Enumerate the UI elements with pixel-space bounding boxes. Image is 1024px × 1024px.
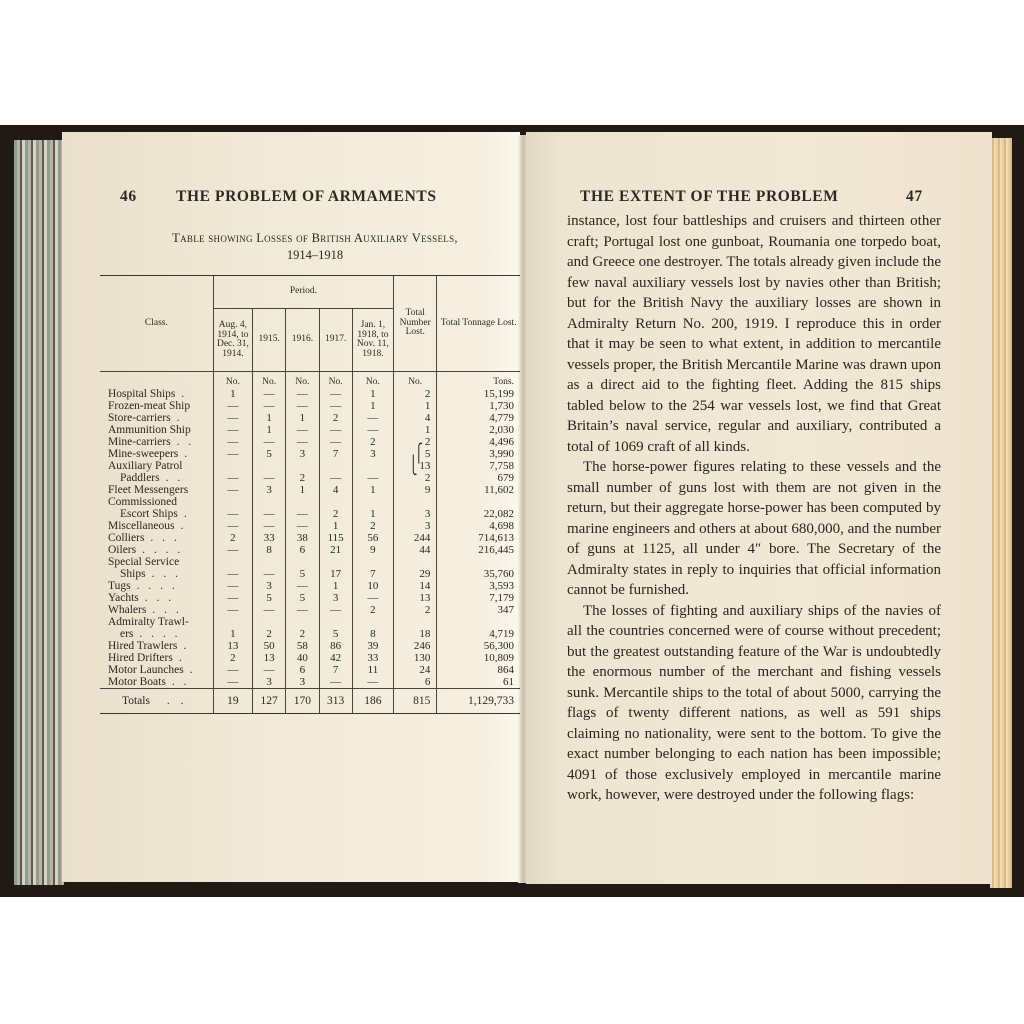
row-p2: — xyxy=(253,400,286,412)
row-class: Store-carriers. xyxy=(100,412,213,424)
row-p3 xyxy=(286,460,319,472)
row-p2: 3 xyxy=(253,580,286,592)
right-page-body: instance, lost four battleships and crui… xyxy=(567,211,941,806)
row-total-tonnage: 22,082 xyxy=(437,508,520,520)
table-row: Hired Drifters.21340423313010,809 xyxy=(100,652,520,664)
row-total-number: 4 xyxy=(394,412,437,424)
row-total-tonnage xyxy=(437,616,520,628)
row-class: Paddlers. . xyxy=(100,472,213,484)
page-edges-left xyxy=(14,140,64,885)
row-class: Fleet Messengers xyxy=(100,484,213,496)
row-p3: 58 xyxy=(286,640,319,652)
row-class: Hospital Ships. xyxy=(100,388,213,400)
totals-p1: 19 xyxy=(213,689,252,714)
paragraph-2: The horse-power figures relating to thes… xyxy=(567,457,941,601)
row-p2: — xyxy=(253,436,286,448)
row-p3: — xyxy=(286,508,319,520)
row-total-tonnage: 3,990 xyxy=(437,448,520,460)
row-total-number: 1 xyxy=(394,424,437,436)
row-p2: — xyxy=(253,508,286,520)
row-total-tonnage: 4,779 xyxy=(437,412,520,424)
unit-no: No. xyxy=(394,372,437,389)
row-p3: 6 xyxy=(286,664,319,676)
row-p1: 13 xyxy=(213,640,252,652)
row-p5: 10 xyxy=(352,580,393,592)
row-total-tonnage: 35,760 xyxy=(437,568,520,580)
row-total-number: 29 xyxy=(394,568,437,580)
row-p4: — xyxy=(319,388,352,400)
table-row: Hired Trawlers.135058863924656,300 xyxy=(100,640,520,652)
row-p5: 2 xyxy=(352,520,393,532)
row-total-tonnage xyxy=(437,556,520,568)
row-total-tonnage: 15,199 xyxy=(437,388,520,400)
row-p4: 17 xyxy=(319,568,352,580)
table-row: Fleet Messengers—3141911,602 xyxy=(100,484,520,496)
row-p4 xyxy=(319,616,352,628)
row-p2: — xyxy=(253,520,286,532)
row-p4 xyxy=(319,556,352,568)
row-p5: 8 xyxy=(352,628,393,640)
row-p2: — xyxy=(253,388,286,400)
table-row: Auxiliary Patrol⎩137,758 xyxy=(100,460,520,472)
row-p2: 50 xyxy=(253,640,286,652)
table-row: Mine-sweepers.—5373⎧53,990 xyxy=(100,448,520,460)
row-p4: 5 xyxy=(319,628,352,640)
row-p5: — xyxy=(352,592,393,604)
unit-no: No. xyxy=(213,372,252,389)
header-period-1915: 1915. xyxy=(253,309,286,372)
unit-no: No. xyxy=(253,372,286,389)
row-p3: 2 xyxy=(286,628,319,640)
row-p4 xyxy=(319,496,352,508)
row-p1: — xyxy=(213,508,252,520)
row-class: Escort Ships. xyxy=(100,508,213,520)
row-total-tonnage: 56,300 xyxy=(437,640,520,652)
row-p3 xyxy=(286,496,319,508)
table-row: Escort Ships.———21322,082 xyxy=(100,508,520,520)
row-total-number: 3 xyxy=(394,520,437,532)
row-total-tonnage: 3,593 xyxy=(437,580,520,592)
row-total-number: 246 xyxy=(394,640,437,652)
row-p4: 7 xyxy=(319,448,352,460)
row-p4: 4 xyxy=(319,484,352,496)
totals-p2: 127 xyxy=(253,689,286,714)
table-row: Hospital Ships.1———1215,199 xyxy=(100,388,520,400)
row-p5: 1 xyxy=(352,400,393,412)
row-p5 xyxy=(352,460,393,472)
table-row: Ships. . .——51772935,760 xyxy=(100,568,520,580)
row-p4: 42 xyxy=(319,652,352,664)
row-p2 xyxy=(253,556,286,568)
unit-no: No. xyxy=(352,372,393,389)
row-p1 xyxy=(213,496,252,508)
row-p3: — xyxy=(286,580,319,592)
row-p2: 2 xyxy=(253,628,286,640)
row-p3: — xyxy=(286,400,319,412)
row-p2: 13 xyxy=(253,652,286,664)
unit-tons: Tons. xyxy=(437,372,520,389)
header-period-1916: 1916. xyxy=(286,309,319,372)
row-class: Auxiliary Patrol xyxy=(100,460,213,472)
row-total-tonnage: 347 xyxy=(437,604,520,616)
row-p5: 1 xyxy=(352,484,393,496)
table-caption-years: 1914–1918 xyxy=(110,247,520,264)
row-p1: — xyxy=(213,400,252,412)
row-class: Special Service xyxy=(100,556,213,568)
row-p1: — xyxy=(213,472,252,484)
table-row: Whalers. . .————22347 xyxy=(100,604,520,616)
row-p5: — xyxy=(352,676,393,689)
paragraph-3: The losses of fighting and auxiliary shi… xyxy=(567,601,941,806)
row-p4: 3 xyxy=(319,592,352,604)
header-period-1918: Jan. 1, 1918, to Nov. 11, 1918. xyxy=(352,309,393,372)
row-class: Commissioned xyxy=(100,496,213,508)
row-p2: — xyxy=(253,604,286,616)
table-row: Commissioned xyxy=(100,496,520,508)
row-p1: — xyxy=(213,484,252,496)
header-period-1914: Aug. 4, 1914, to Dec. 31, 1914. xyxy=(213,309,252,372)
row-p3: 6 xyxy=(286,544,319,556)
row-p4: 1 xyxy=(319,520,352,532)
row-p3: 5 xyxy=(286,568,319,580)
row-total-tonnage: 4,496 xyxy=(437,436,520,448)
row-p2: 5 xyxy=(253,448,286,460)
row-total-tonnage: 714,613 xyxy=(437,532,520,544)
row-p1: — xyxy=(213,448,252,460)
row-p2 xyxy=(253,496,286,508)
row-p1: — xyxy=(213,436,252,448)
row-class: Tugs. . . . xyxy=(100,580,213,592)
row-class: Hired Trawlers. xyxy=(100,640,213,652)
table-row: Colliers. . .2333811556244714,613 xyxy=(100,532,520,544)
row-total-tonnage: 864 xyxy=(437,664,520,676)
row-class: Frozen-meat Ship xyxy=(100,400,213,412)
row-p5: 2 xyxy=(352,604,393,616)
row-p4: — xyxy=(319,436,352,448)
row-p4: 1 xyxy=(319,580,352,592)
row-total-tonnage: 4,698 xyxy=(437,520,520,532)
row-p1: — xyxy=(213,676,252,689)
row-p3 xyxy=(286,556,319,568)
row-total-number: 18 xyxy=(394,628,437,640)
row-p3: — xyxy=(286,388,319,400)
row-p4: 2 xyxy=(319,508,352,520)
row-p1: — xyxy=(213,604,252,616)
row-p4: — xyxy=(319,604,352,616)
row-class: Mine-carriers. . xyxy=(100,436,213,448)
header-period: Period. xyxy=(213,276,393,309)
row-p5: 1 xyxy=(352,508,393,520)
row-p1: — xyxy=(213,568,252,580)
row-p5: 11 xyxy=(352,664,393,676)
row-p5: 39 xyxy=(352,640,393,652)
totals-p4: 313 xyxy=(319,689,352,714)
right-page-number: 47 xyxy=(906,188,923,206)
row-p1: — xyxy=(213,664,252,676)
page-edges-right xyxy=(990,138,1012,888)
table-row: Miscellaneous.———1234,698 xyxy=(100,520,520,532)
row-class: Oilers. . . . xyxy=(100,544,213,556)
row-class: Whalers. . . xyxy=(100,604,213,616)
row-p2: 3 xyxy=(253,484,286,496)
row-p1: — xyxy=(213,580,252,592)
row-total-number xyxy=(394,496,437,508)
left-page-title: THE PROBLEM OF ARMAMENTS xyxy=(176,188,437,206)
row-class: Miscellaneous. xyxy=(100,520,213,532)
row-p4: — xyxy=(319,676,352,689)
row-p3: — xyxy=(286,604,319,616)
row-p4: 7 xyxy=(319,664,352,676)
row-p4: — xyxy=(319,472,352,484)
row-total-number: 24 xyxy=(394,664,437,676)
row-p2: 5 xyxy=(253,592,286,604)
row-p5: 7 xyxy=(352,568,393,580)
row-total-number xyxy=(394,556,437,568)
row-p3: 40 xyxy=(286,652,319,664)
row-class: Ammunition Ship xyxy=(100,424,213,436)
row-total-tonnage: 7,758 xyxy=(437,460,520,472)
row-total-tonnage: 11,602 xyxy=(437,484,520,496)
row-total-tonnage: 7,179 xyxy=(437,592,520,604)
row-total-tonnage: 679 xyxy=(437,472,520,484)
row-total-tonnage: 216,445 xyxy=(437,544,520,556)
row-p3: 2 xyxy=(286,472,319,484)
row-total-tonnage: 2,030 xyxy=(437,424,520,436)
row-p3: — xyxy=(286,436,319,448)
row-total-number: 14 xyxy=(394,580,437,592)
row-total-tonnage xyxy=(437,496,520,508)
row-total-number: 44 xyxy=(394,544,437,556)
table-row: Special Service xyxy=(100,556,520,568)
row-p1 xyxy=(213,616,252,628)
right-page-title: THE EXTENT OF THE PROBLEM xyxy=(580,188,838,206)
row-class: Yachts. . . xyxy=(100,592,213,604)
row-p5: — xyxy=(352,472,393,484)
brace-icon: ⎩ xyxy=(409,456,417,475)
row-p1: — xyxy=(213,520,252,532)
totals-number: 815 xyxy=(394,689,437,714)
row-p3: 3 xyxy=(286,676,319,689)
row-p1: 1 xyxy=(213,628,252,640)
table-caption: Table showing Losses of British Auxiliar… xyxy=(110,230,520,264)
row-class: Colliers. . . xyxy=(100,532,213,544)
row-total-number: 1 xyxy=(394,400,437,412)
header-total-number: Total Number Lost. xyxy=(394,276,437,372)
row-class: Admiralty Trawl- xyxy=(100,616,213,628)
row-p2: — xyxy=(253,472,286,484)
row-total-number: 2 xyxy=(394,604,437,616)
row-p3: 3 xyxy=(286,448,319,460)
row-class: Mine-sweepers. xyxy=(100,448,213,460)
table-row: Frozen-meat Ship————111,730 xyxy=(100,400,520,412)
row-p1: 2 xyxy=(213,652,252,664)
row-total-number: 2 xyxy=(394,388,437,400)
row-p2: — xyxy=(253,568,286,580)
row-class: Motor Boats. . xyxy=(100,676,213,689)
row-p5: — xyxy=(352,412,393,424)
unit-no: No. xyxy=(286,372,319,389)
row-p5: 3 xyxy=(352,448,393,460)
totals-p3: 170 xyxy=(286,689,319,714)
table-caption-title: Table showing Losses of British Auxiliar… xyxy=(110,230,520,247)
row-p4 xyxy=(319,460,352,472)
row-total-number xyxy=(394,616,437,628)
row-p5 xyxy=(352,556,393,568)
row-p5 xyxy=(352,616,393,628)
totals-tonnage: 1,129,733 xyxy=(437,689,520,714)
row-p3: — xyxy=(286,424,319,436)
row-p2 xyxy=(253,460,286,472)
row-p2: — xyxy=(253,664,286,676)
row-p1: 1 xyxy=(213,388,252,400)
row-total-number: 9 xyxy=(394,484,437,496)
row-p5: 9 xyxy=(352,544,393,556)
row-class: Motor Launches. xyxy=(100,664,213,676)
row-p4: — xyxy=(319,400,352,412)
header-total-tonnage: Total Tonnage Lost. xyxy=(437,276,520,372)
row-total-tonnage: 1,730 xyxy=(437,400,520,412)
row-p4: 2 xyxy=(319,412,352,424)
row-p2 xyxy=(253,616,286,628)
row-total-number: 244 xyxy=(394,532,437,544)
header-period-1917: 1917. xyxy=(319,309,352,372)
row-p1: — xyxy=(213,424,252,436)
table-row: Motor Boats. .—33——661 xyxy=(100,676,520,689)
table-row: Admiralty Trawl- xyxy=(100,616,520,628)
row-p4: — xyxy=(319,424,352,436)
totals-label: Totals . . xyxy=(100,689,213,714)
row-p3: — xyxy=(286,520,319,532)
row-p2: 1 xyxy=(253,424,286,436)
row-p3: 5 xyxy=(286,592,319,604)
row-p5 xyxy=(352,496,393,508)
units-row: No. No. No. No. No. No. Tons. xyxy=(100,372,520,389)
unit-no: No. xyxy=(319,372,352,389)
row-total-tonnage: 61 xyxy=(437,676,520,689)
table-row: Oilers. . . .—8621944216,445 xyxy=(100,544,520,556)
row-p5: 56 xyxy=(352,532,393,544)
table-row: Store-carriers.—112—44,779 xyxy=(100,412,520,424)
row-total-tonnage: 10,809 xyxy=(437,652,520,664)
table-row: Yachts. . .—553—137,179 xyxy=(100,592,520,604)
row-p1: 2 xyxy=(213,532,252,544)
table-row: Mine-carriers. .————224,496 xyxy=(100,436,520,448)
row-p3: 1 xyxy=(286,412,319,424)
row-p1: — xyxy=(213,544,252,556)
totals-p5: 186 xyxy=(352,689,393,714)
row-total-number: 3 xyxy=(394,508,437,520)
row-total-number: 6 xyxy=(394,676,437,689)
row-p2: 8 xyxy=(253,544,286,556)
totals-row: Totals . . 19 127 170 313 186 815 1,129,… xyxy=(100,689,520,714)
row-class: Hired Drifters. xyxy=(100,652,213,664)
row-total-number: 13 xyxy=(394,592,437,604)
table-row: Ammunition Ship—1———12,030 xyxy=(100,424,520,436)
row-class: ers. . . . xyxy=(100,628,213,640)
row-p1: — xyxy=(213,592,252,604)
row-p4: 21 xyxy=(319,544,352,556)
header-class: Class. xyxy=(100,276,213,372)
row-p4: 115 xyxy=(319,532,352,544)
losses-table: Class. Period. Total Number Lost. Total … xyxy=(100,275,520,714)
table-row: ers. . . .12258184,719 xyxy=(100,628,520,640)
table-row: Tugs. . . .—3—110143,593 xyxy=(100,580,520,592)
row-p1: — xyxy=(213,412,252,424)
row-p3: 1 xyxy=(286,484,319,496)
table-row: Paddlers. .——2——2679 xyxy=(100,472,520,484)
paragraph-1: instance, lost four battleships and crui… xyxy=(567,211,941,457)
row-p1 xyxy=(213,556,252,568)
row-p2: 1 xyxy=(253,412,286,424)
row-p2: 33 xyxy=(253,532,286,544)
row-p3 xyxy=(286,616,319,628)
row-p5: — xyxy=(352,424,393,436)
row-p5: 33 xyxy=(352,652,393,664)
row-p2: 3 xyxy=(253,676,286,689)
table-row: Motor Launches.——671124864 xyxy=(100,664,520,676)
left-page-number: 46 xyxy=(120,188,137,206)
row-total-number: 130 xyxy=(394,652,437,664)
row-total-tonnage: 4,719 xyxy=(437,628,520,640)
row-total-number: ⎩13 xyxy=(394,460,437,472)
row-class: Ships. . . xyxy=(100,568,213,580)
row-p1 xyxy=(213,460,252,472)
row-p3: 38 xyxy=(286,532,319,544)
row-p5: 1 xyxy=(352,388,393,400)
row-p4: 86 xyxy=(319,640,352,652)
row-p5: 2 xyxy=(352,436,393,448)
